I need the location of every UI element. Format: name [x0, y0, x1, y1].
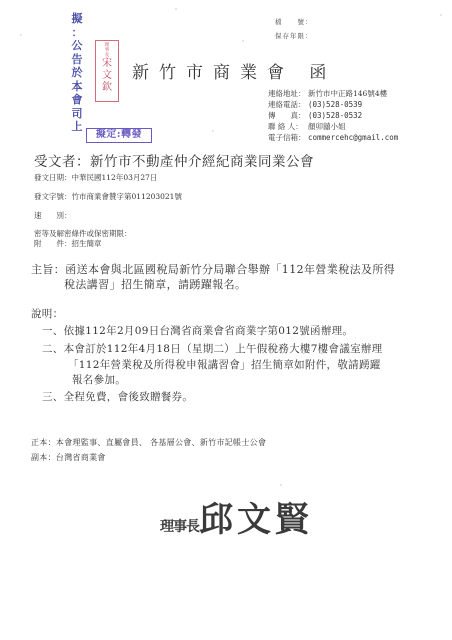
contact-person-label: 聯 絡 人：	[268, 121, 308, 132]
phone-value: (03)528-0539	[308, 100, 362, 109]
copy-recipients: 副本：台灣省商業會	[31, 452, 106, 463]
security-label: 密等及解密條件或保密期限：	[34, 229, 132, 238]
item-number: 一、	[42, 325, 64, 337]
subject-line-1: 主旨：函送本會與北區國稅局新竹分局聯合舉辦「112年營業稅法及所得	[31, 262, 395, 278]
attachment-label: 附 件：	[34, 239, 72, 248]
fax-value: (03)528-0532	[308, 111, 362, 120]
subject-line-2: 稅法講習」招生簡章，請踴躍報名。	[64, 277, 246, 293]
main-label: 正本：	[31, 438, 56, 447]
chairman-signature: 理事長邱文賢	[160, 492, 313, 541]
copy-label: 副本：	[31, 453, 56, 462]
email-value: commercehc@gmail.com	[308, 133, 398, 142]
explanation-label: 說明：	[31, 306, 63, 321]
stamp-char: 告	[70, 53, 84, 67]
contact-email: 電子信箱：commercehc@gmail.com	[268, 132, 398, 143]
item-number: 三、	[42, 391, 64, 403]
subject-label: 主旨：	[31, 263, 65, 276]
recipient-label: 受文者：	[34, 154, 90, 170]
stamp-char: 本	[70, 80, 84, 94]
item-text: 依據112年2月09日台灣省商業會省商業字第012號函辦理。	[64, 325, 354, 337]
attachment-row: 附 件：招生簡章	[34, 238, 102, 249]
forward-decision-stamp: 擬定:轉發	[86, 128, 152, 143]
item-text: 本會訂於112年4月18日（星期二）上午假稅務大樓7樓會議室辦理	[64, 343, 383, 355]
address-label: 連絡地址：	[268, 88, 308, 99]
seal-char: 欽	[96, 82, 118, 94]
contact-address: 連絡地址：新竹市中正路146號4樓	[268, 88, 387, 99]
scan-speck	[242, 40, 244, 42]
main-value: 本會理監事、直屬會員、 各基層公會、新竹市記帳士公會	[56, 438, 266, 447]
phone-label: 連絡電話：	[268, 99, 308, 110]
subject-text-1: 函送本會與北區國稅局新竹分局聯合舉辦「112年營業稅法及所得	[65, 263, 395, 276]
archive-file-no: 檔 號：	[275, 17, 313, 26]
reference-label: 發文字號：	[34, 192, 72, 201]
stamp-char: 會	[70, 93, 84, 107]
contact-phone: 連絡電話：(03)528-0539	[268, 99, 362, 110]
explanation-item-2-line-2: 「112年營業稅及所得稅申報講習會」招生簡章如附件，敬請踴躍	[68, 357, 381, 372]
document-title: 新竹市商業會 函	[132, 58, 336, 83]
seal-char: 文	[96, 70, 118, 82]
stamp-char: 於	[70, 66, 84, 80]
signature-role: 理事長	[160, 519, 199, 535]
recipient-name: 新竹市不動產仲介經紀商業同業公會	[90, 154, 314, 170]
reference-number: 發文字號：竹市商業會贊字第011203021號	[34, 191, 182, 202]
speed-field: 速 別：	[34, 210, 72, 221]
reference-value: 竹市商業會贊字第011203021號	[72, 192, 182, 201]
fax-label: 傳 真：	[268, 110, 308, 121]
issue-date: 發文日期：中華民國112年03月27日	[34, 172, 157, 183]
stamp-char: ：	[70, 26, 84, 40]
scan-speck	[20, 34, 22, 36]
attachment-value: 招生簡章	[72, 239, 102, 248]
main-recipients: 正本：本會理監事、直屬會員、 各基層公會、新竹市記帳士公會	[31, 437, 266, 448]
retention-label: 保存年限：	[275, 32, 313, 40]
contact-fax: 傳 真：(03)528-0532	[268, 110, 362, 121]
scan-speck	[440, 14, 442, 16]
address-value: 新竹市中正路146號4樓	[308, 89, 387, 98]
stamp-char: 上	[70, 120, 84, 134]
issue-date-value: 中華民國112年03月27日	[72, 173, 158, 182]
speed-label: 速 別：	[34, 211, 72, 220]
issue-date-label: 發文日期：	[34, 173, 72, 182]
file-no-label: 檔 號：	[275, 18, 313, 26]
explanation-item-2-line-3: 報名參加。	[72, 372, 126, 387]
stamp-char: 擬	[70, 12, 84, 26]
seal-char: 宋	[96, 58, 118, 70]
scan-speck	[280, 484, 282, 486]
contact-person-value: 顏卯囍小姐	[308, 122, 346, 131]
copy-value: 台灣省商業會	[56, 453, 106, 462]
chairman-red-seal: 理 事 長 宋 文 欽	[95, 40, 119, 102]
item-number: 二、	[42, 343, 64, 355]
stamp-char: 公	[70, 39, 84, 53]
contact-person: 聯 絡 人：顏卯囍小姐	[268, 121, 346, 132]
recipient: 受文者：新竹市不動產仲介經紀商業同業公會	[34, 150, 314, 170]
archive-retention: 保存年限：	[275, 31, 313, 40]
vertical-announcement-stamp: 擬 ： 公 告 於 本 會 司 上	[70, 12, 84, 134]
explanation-item-2: 二、本會訂於112年4月18日（星期二）上午假稅務大樓7樓會議室辦理	[42, 341, 382, 356]
item-text: 全程免費，會後致贈餐券。	[64, 391, 194, 403]
stamp-char: 司	[70, 107, 84, 121]
scan-speck	[175, 8, 177, 10]
subject-text-2: 稅法講習」招生簡章，請踴躍報名。	[64, 278, 246, 291]
explanation-item-3: 三、全程免費，會後致贈餐券。	[42, 389, 193, 404]
scan-speck	[212, 130, 214, 132]
email-label: 電子信箱：	[268, 132, 308, 143]
explanation-item-1: 一、依據112年2月09日台灣省商業會省商業字第012號函辦理。	[42, 323, 353, 338]
signature-name: 邱文賢	[199, 500, 313, 540]
